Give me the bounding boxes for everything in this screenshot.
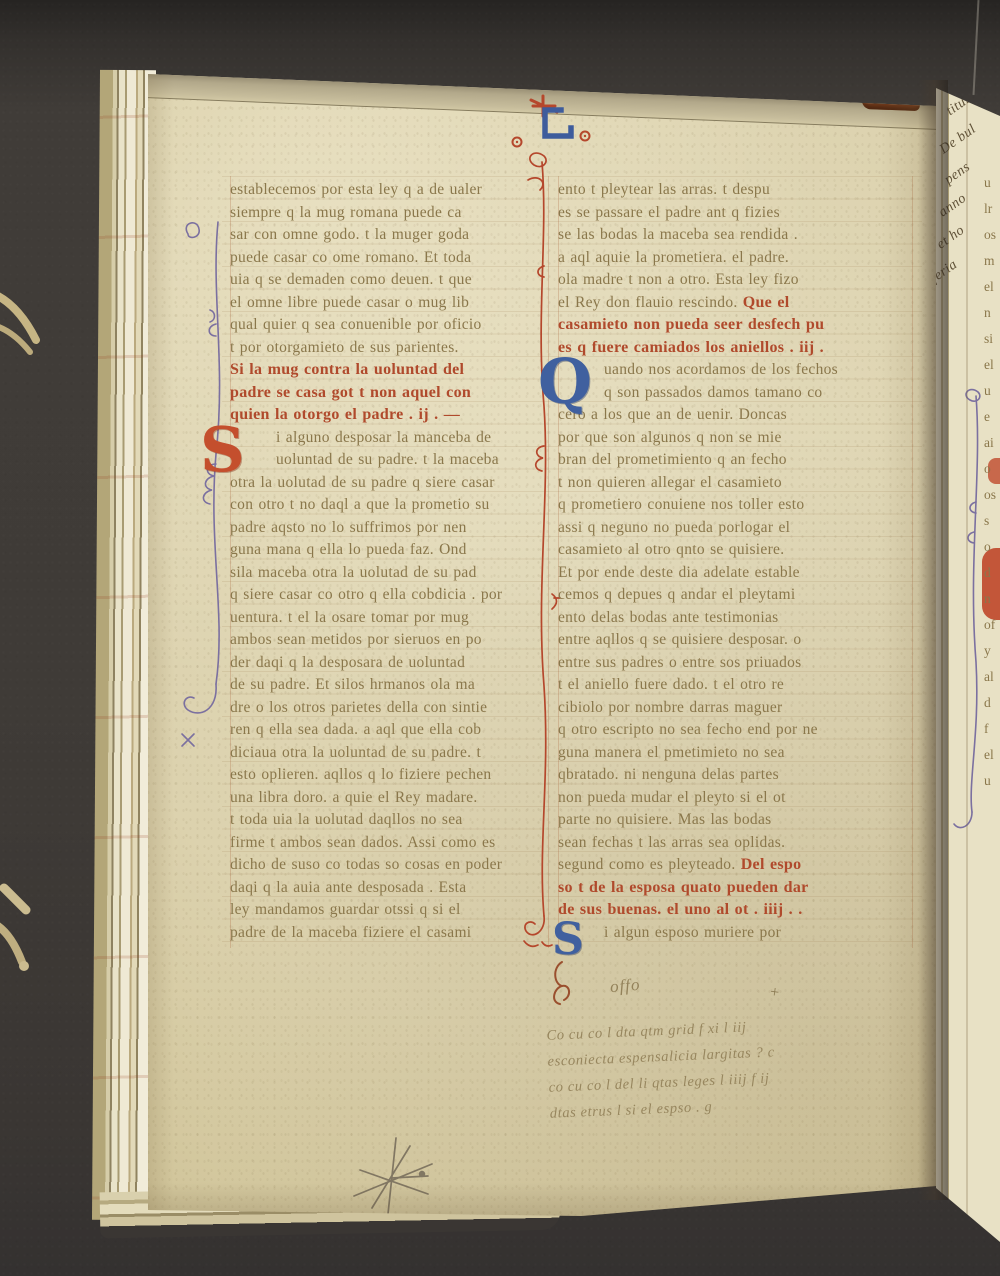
page-stack-edges <box>92 70 156 1220</box>
text-column-left: establecemos por esta ley q a de ualersi… <box>230 179 548 949</box>
manuscript-text-line: padre se casa got t non aquel con <box>230 382 548 405</box>
clipped-text-fragment: el <box>984 274 1000 300</box>
cross-doodle: + <box>769 983 780 1002</box>
manuscript-text-line: guna manera el pmetimieto no sea <box>558 742 912 765</box>
manuscript-text-line: casamieto al otro qnto se quisiere. <box>558 539 912 562</box>
manuscript-text-line: uoluntad de su padre. t la maceba <box>230 449 548 472</box>
manuscript-text-line: cibiolo por nombre darras maguer <box>558 697 912 720</box>
manuscript-text-line: dre o los otros parietes della con sinti… <box>230 697 548 720</box>
manuscript-text-line: diciaua otra la uoluntad de su padre. t <box>230 742 548 765</box>
manuscript-text-line: ren q ella sea dada. a aql que ella cob <box>230 719 548 742</box>
manuscript-text-line: el Rey don flauio rescindo. Que el <box>558 292 912 315</box>
manuscript-text-line: segund como es pleyteado. Del espo <box>558 854 912 877</box>
manuscript-text-line: daqi q la auia ante desposada . Esta <box>230 877 548 900</box>
manuscript-text-line: esto oplieren. aqllos q lo fiziere peche… <box>230 764 548 787</box>
clipped-text-fragment: si <box>984 326 1000 352</box>
gutter-shadow <box>918 80 948 1200</box>
manuscript-text-line: casamieto non pueda seer desfech pu <box>558 314 912 337</box>
manuscript-text-line: sean fechas t las arras sea oplidas. <box>558 832 912 855</box>
clipped-text-fragment: s <box>984 508 1000 534</box>
manuscript-text-line: uentura. t el la osare tomar por mug <box>230 607 548 630</box>
manuscript-text-line: t por otorgamieto de sus parientes. <box>230 337 548 360</box>
manuscript-text-line: cero a los que an de uenir. Doncas <box>558 404 912 427</box>
manuscript-text-line: q otro escripto no sea fecho end por ne <box>558 719 912 742</box>
clipped-text-fragment: el <box>984 352 1000 378</box>
illuminated-initial-Q: Q <box>538 351 592 413</box>
clipped-text-fragment: u <box>984 768 1000 794</box>
manuscript-text-line: es q fuere camiados los aniellos . iij . <box>558 337 912 360</box>
manuscript-text-line: se las bodas la maceba sea rendida . <box>558 224 912 247</box>
manuscript-text-line: Et por ende deste dia adelate estable <box>558 562 912 585</box>
manuscript-text-line: non pueda mudar el pleyto si el ot <box>558 787 912 810</box>
manuscript-text-line: guna mana q ella lo pueda faz. Ond <box>230 539 548 562</box>
manuscript-text-line: q siere casar co otro q ella cobdicia . … <box>230 584 548 607</box>
clipped-text-fragment: d <box>984 560 1000 586</box>
clipped-text-fragment: n <box>984 586 1000 612</box>
manuscript-text-line: padre de la maceba fiziere el casami <box>230 922 548 945</box>
manuscript-text-line: qbratado. ni nenguna delas partes <box>558 764 912 787</box>
clipped-text-fragment: o <box>984 534 1000 560</box>
manuscript-text-line: entre sus padres o entre sos priuados <box>558 652 912 675</box>
clipped-text-fragment: d <box>984 690 1000 716</box>
manuscript-text-line: siempre q la mug romana puede ca <box>230 202 548 225</box>
clipped-text-fragment: of <box>984 612 1000 638</box>
manuscript-text-line: q prometiero conuiene nos toller esto <box>558 494 912 517</box>
clipped-text-fragment: u <box>984 378 1000 404</box>
body-text: segund como es pleyteado. <box>558 856 741 873</box>
clipped-text-fragment: e <box>984 404 1000 430</box>
manuscript-photo: establecemos por esta ley q a de ualersi… <box>0 0 1000 1276</box>
text-column-right: ento t pleytear las arras. t despues se … <box>558 179 912 949</box>
manuscript-text-line: t toda uia la uolutad daqllos no sea <box>230 809 548 832</box>
manuscript-text-line: el omne libre puede casar o mug lib <box>230 292 548 315</box>
manuscript-text-line: establecemos por esta ley q a de ualer <box>230 179 548 202</box>
paraph-mark-icon <box>548 958 578 1010</box>
manuscript-text-line: firme t ambos sean dados. Assi como es <box>230 832 548 855</box>
clipped-text-fragment: m <box>984 248 1000 274</box>
clipped-text-fragment: el <box>984 742 1000 768</box>
manuscript-text-line: Si la mug contra la uoluntad del <box>230 359 548 382</box>
manuscript-text-line: ley mandamos guardar otssi q si el <box>230 899 548 922</box>
clipped-text-fragment: u <box>984 170 1000 196</box>
star-doodle-icon <box>344 1132 444 1218</box>
manuscript-text-line: por que son algunos q non se mie <box>558 427 912 450</box>
manuscript-text-line: a aql aquie la prometiera. el padre. <box>558 247 912 270</box>
manuscript-text-line: sila maceba otra la uolutad de su pad <box>230 562 548 585</box>
clipped-text-fragment: f <box>984 716 1000 742</box>
manuscript-text-line: ola madre t non a otro. Esta ley fizo <box>558 269 912 292</box>
note-heading: offo <box>609 975 641 998</box>
clipped-text-fragment: o <box>984 456 1000 482</box>
body-text: el Rey don flauio rescindo. <box>558 294 743 311</box>
manuscript-text-line: entre aqllos q se quisiere desposar. o <box>558 629 912 652</box>
manuscript-text-line: so t de la esposa quato pueden dar <box>558 877 912 900</box>
manuscript-text-line: puede casar co ome romano. Et toda <box>230 247 548 270</box>
manuscript-text-line: der daqi q la desposara de uoluntad <box>230 652 548 675</box>
manuscript-text-line: qual quier q sea conuenible por oficio <box>230 314 548 337</box>
manuscript-text-line: uando nos acordamos de los fechos <box>558 359 912 382</box>
rubric-text: Del espo <box>741 856 802 873</box>
manuscript-text-line: ento delas bodas ante testimonias <box>558 607 912 630</box>
manuscript-text-line: de su padre. Et silos hrmanos ola ma <box>230 674 548 697</box>
binding-thread-icon <box>0 286 48 370</box>
manuscript-text-line: ambos sean metidos por sieruos en po <box>230 629 548 652</box>
manuscript-text-line: bran del prometimiento q an fecho <box>558 449 912 472</box>
manuscript-text-line: otra la uolutad de su padre q siere casa… <box>230 472 548 495</box>
clipped-text-fragment: lr <box>984 196 1000 222</box>
manuscript-text-line: sar con omne godo. t la muger goda <box>230 224 548 247</box>
manuscript-text-line: i algun esposo muriere por <box>558 922 912 945</box>
manuscript-text-line: con otro t no daql a que la prometio su <box>230 494 548 517</box>
manuscript-verso-page: establecemos por esta ley q a de ualersi… <box>148 62 936 1224</box>
manuscript-text-line: dicho de suso co todas so cosas en poder <box>230 854 548 877</box>
clipped-text-fragment: ai <box>984 430 1000 456</box>
clipped-text-fragment: os <box>984 222 1000 248</box>
penwork-flourish-left <box>174 214 238 774</box>
recto-text-fragments: ulrosmelnsielueaioossodnofyaldfelu <box>984 170 1000 960</box>
binding-thread-icon <box>0 882 40 978</box>
manuscript-text-line: t non quieren allegar el casamieto <box>558 472 912 495</box>
clipped-text-fragment: os <box>984 482 1000 508</box>
manuscript-text-line: una libra doro. a quie el Rey madare. <box>230 787 548 810</box>
manuscript-text-line: ento t pleytear las arras. t despu <box>558 179 912 202</box>
manuscript-text-line: q son passados damos tamano co <box>558 382 912 405</box>
manuscript-text-line: parte no quisiere. Mas las bodas <box>558 809 912 832</box>
clipped-text-fragment: n <box>984 300 1000 326</box>
manuscript-text-line: padre aqsto no lo suffrimos por nen <box>230 517 548 540</box>
manuscript-text-line: i alguno desposar la manceba de <box>230 427 548 450</box>
rubric-text: Que el <box>743 294 790 311</box>
manuscript-text-line: assi q neguno no pueda porlogar el <box>558 517 912 540</box>
manuscript-text-line: de sus buenas. el uno al ot . iiij . . <box>558 899 912 922</box>
manuscript-text-line: uia q se demaden como deuen. t que <box>230 269 548 292</box>
manuscript-text-line: quien la otorgo el padre . ij . — <box>230 404 548 427</box>
manuscript-text-line: cemos q depues q andar el pleytami <box>558 584 912 607</box>
illuminated-initial-S: S <box>552 918 584 962</box>
manuscript-text-line: t el aniello fuere dado. t el otro re <box>558 674 912 697</box>
note-lines: Co cu co l dta qtm grid f xi l iijesconi… <box>546 1005 970 1126</box>
manuscript-text-line: es se passare el padre ant q fizies <box>558 202 912 225</box>
clipped-text-fragment: y <box>984 638 1000 664</box>
illuminated-initial-S: S <box>200 419 245 481</box>
clipped-text-fragment: al <box>984 664 1000 690</box>
